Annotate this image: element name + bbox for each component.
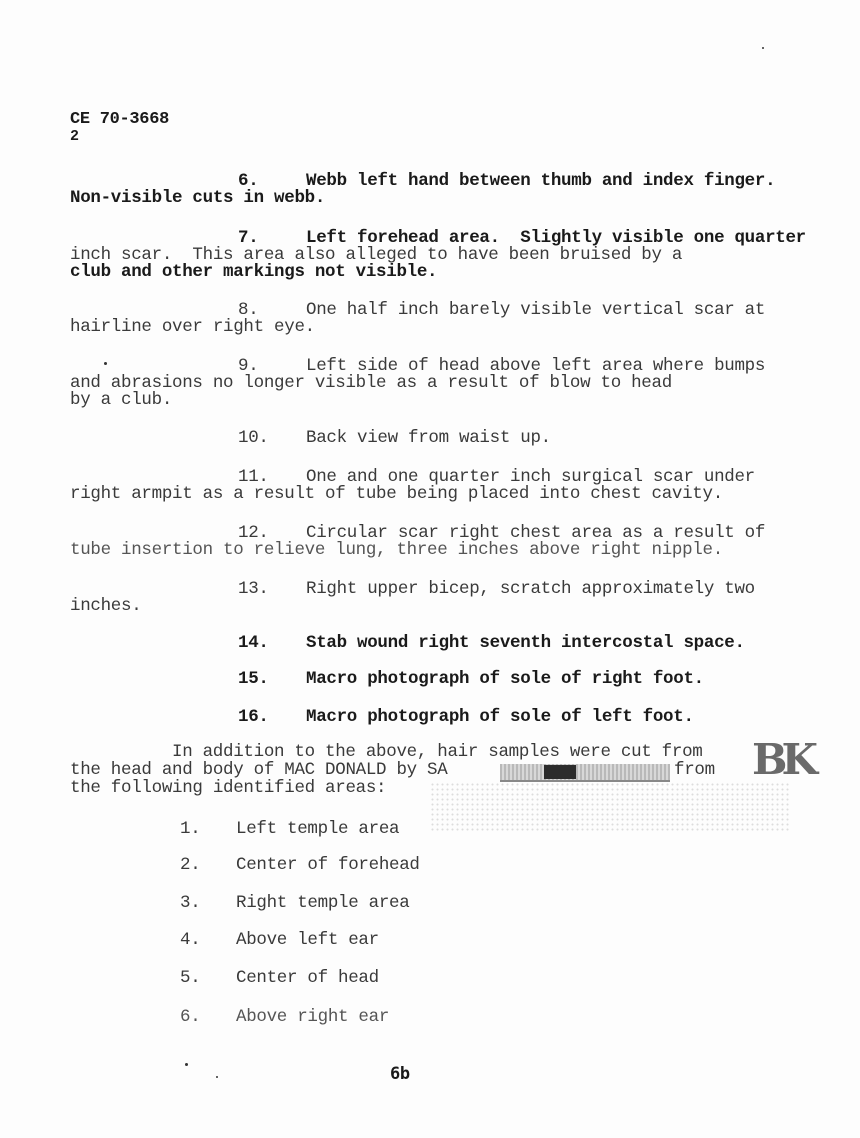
page-number: 6b: [390, 1064, 410, 1084]
item-number: 16.: [238, 707, 306, 727]
scan-dot: [104, 362, 107, 365]
item-text: Macro photograph of sole of right foot.: [306, 669, 704, 689]
item-text-cont: Non-visible cuts in webb.: [70, 188, 325, 208]
item-number: 10.: [238, 428, 306, 448]
area-item-5: 5.Center of head: [180, 968, 379, 988]
item-text-cont: hairline over right eye.: [70, 317, 315, 337]
scan-dot: [185, 1063, 188, 1066]
item-text-cont: right armpit as a result of tube being p…: [70, 484, 723, 504]
scan-dot: [762, 47, 764, 49]
redaction-block: [500, 764, 670, 782]
addition-line-3: the following identified areas:: [70, 780, 386, 797]
item-text-cont: by a club.: [70, 390, 172, 410]
item-text: One half inch barely visible vertical sc…: [306, 300, 765, 320]
addition-line-2: the head and body of MAC DONALD by SA: [70, 762, 447, 779]
item-text-cont: tube insertion to relieve lung, three in…: [70, 540, 723, 560]
area-item-2: 2.Center of forehead: [180, 855, 420, 875]
addition-line-2-end: from: [674, 762, 715, 779]
item-number: 15.: [238, 669, 306, 689]
item-text-cont: club and other markings not visible.: [70, 262, 437, 282]
scan-noise: [430, 782, 790, 832]
item-number: 14.: [238, 633, 306, 653]
file-number: CE 70-3668: [70, 111, 169, 128]
item-text: Right upper bicep, scratch approximately…: [306, 579, 755, 599]
item-number: 13.: [238, 579, 306, 599]
item-text: Webb left hand between thumb and index f…: [306, 171, 775, 191]
item-text: Back view from waist up.: [306, 428, 551, 448]
addition-line-1: In addition to the above, hair samples w…: [172, 744, 703, 761]
item-text: Macro photograph of sole of left foot.: [306, 707, 694, 727]
item-text: Stab wound right seventh intercostal spa…: [306, 633, 745, 653]
page-marker: 2: [70, 128, 79, 145]
document-page: CE 70-3668 2 6.Webb left hand between th…: [0, 0, 860, 1138]
area-item-1: 1.Left temple area: [180, 819, 399, 839]
item-text-cont: inches.: [70, 596, 141, 616]
scan-dot: [216, 1076, 218, 1078]
area-item-4: 4.Above left ear: [180, 930, 379, 950]
area-item-6: 6.Above right ear: [180, 1007, 389, 1027]
area-item-3: 3.Right temple area: [180, 893, 409, 913]
handwritten-initials: BK: [752, 735, 812, 784]
